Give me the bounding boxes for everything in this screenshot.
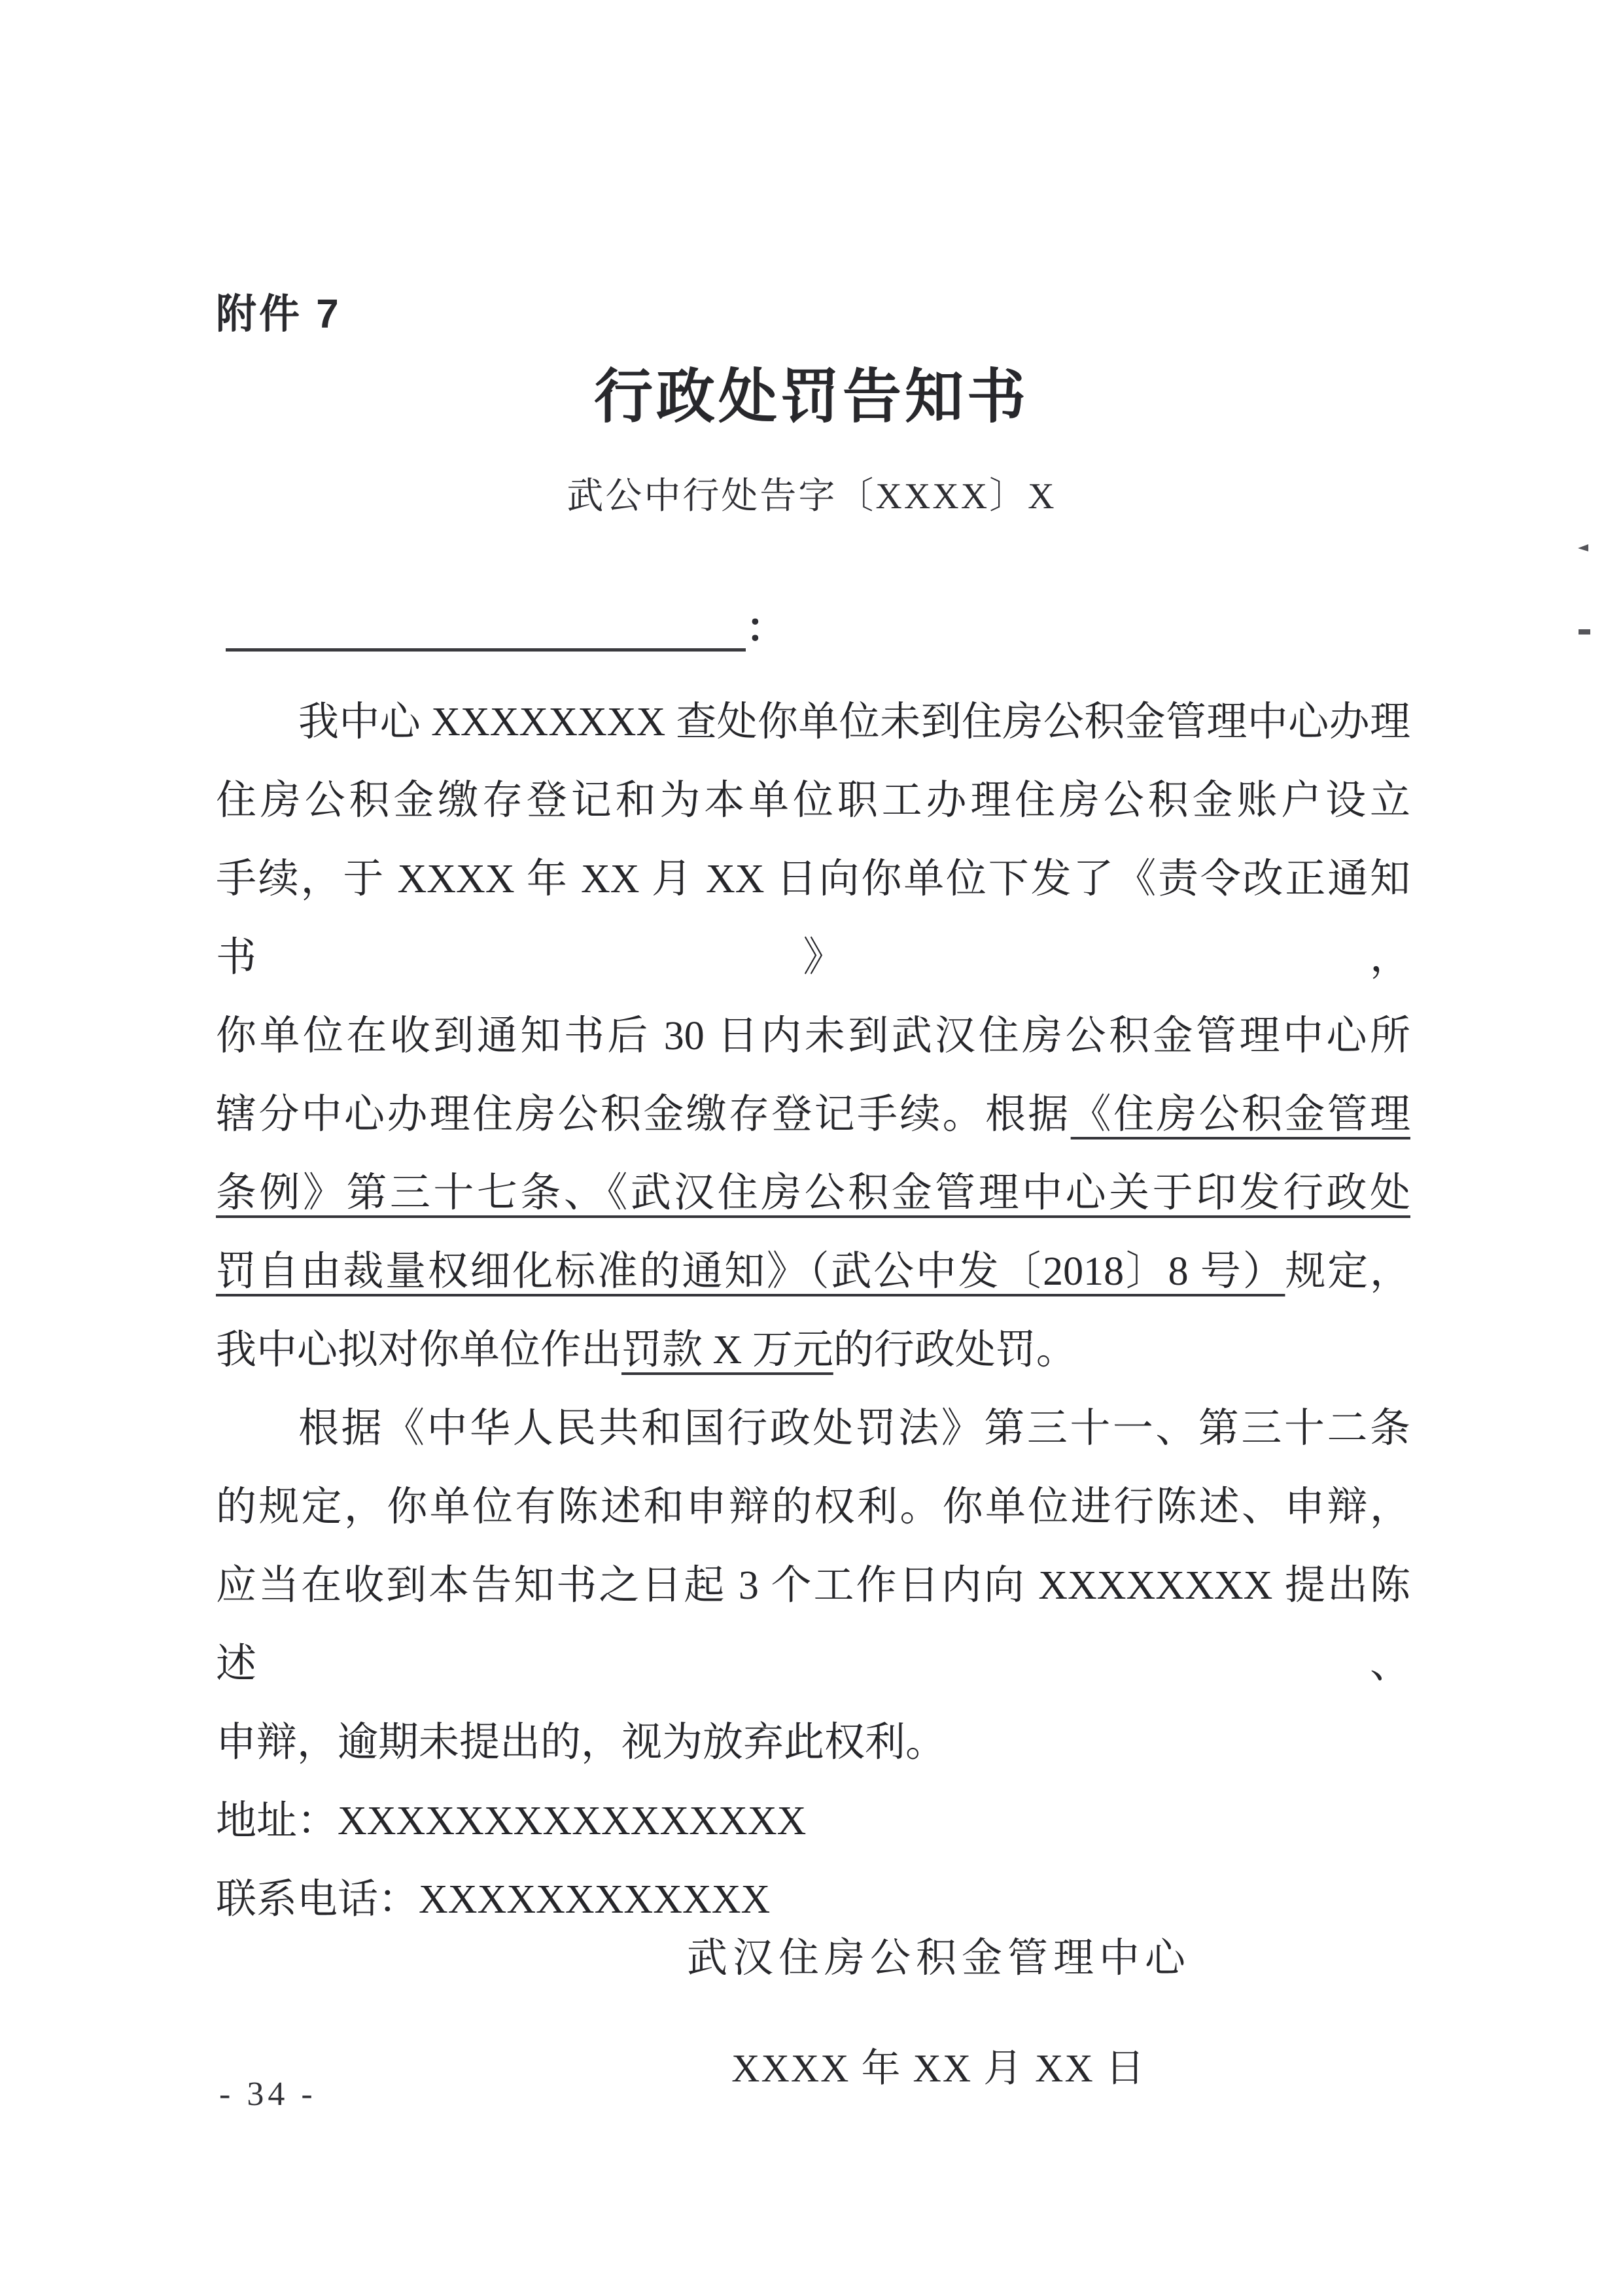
text-segment: 申辩，逾期未提出的，视为放弃此权利。 xyxy=(216,1720,946,1765)
body-line: 申辩，逾期未提出的，视为放弃此权利。 xyxy=(216,1703,1410,1782)
text-segment: 地址：XXXXXXXXXXXXXXXX xyxy=(216,1799,806,1843)
body-line: 手续，于 XXXX 年 XX 月 XX 日向你单位下发了《责令改正通知书》， xyxy=(216,840,1410,997)
underlined-text: 罚款 X 万元 xyxy=(621,1328,833,1372)
issue-date: XXXX 年 XX 月 XX 日 xyxy=(644,2037,1233,2093)
scan-artifact-icon xyxy=(1578,544,1588,551)
body-text: 我中心 XXXXXXXX 查处你单位未到住房公积金管理中心办理住房公积金缴存登记… xyxy=(216,683,1410,1939)
page-number: - 34 - xyxy=(219,2075,317,2113)
body-line: 住房公积金缴存登记和为本单位职工办理住房公积金账户设立 xyxy=(216,761,1410,840)
text-segment: 辖分中心办理住房公积金缴存登记手续。根据 xyxy=(216,1092,1071,1137)
text-segment: 的行政处罚。 xyxy=(833,1328,1077,1372)
body-line: 条例》第三十七条、《武汉住房公积金管理中心关于印发行政处 xyxy=(216,1154,1410,1232)
salutation-colon: ： xyxy=(746,606,786,652)
body-line: 你单位在收到通知书后 30 日内未到武汉住房公积金管理中心所 xyxy=(216,997,1410,1075)
salutation-line: ： xyxy=(226,606,786,652)
text-segment: 的规定，你单位有陈述和申辩的权利。你单位进行陈述、申辩， xyxy=(216,1485,1410,1529)
text-segment: 规定， xyxy=(1285,1249,1410,1294)
signature-block: 武汉住房公积金管理中心 XXXX 年 XX 月 XX 日 xyxy=(644,1925,1233,2093)
body-line: 根据《中华人民共和国行政处罚法》第三十一、第三十二条 xyxy=(216,1389,1410,1468)
underlined-text: 《住房公积金管理 xyxy=(1071,1092,1410,1137)
body-line: 的规定，你单位有陈述和申辩的权利。你单位进行陈述、申辩， xyxy=(216,1468,1410,1546)
text-segment: 你单位在收到通知书后 30 日内未到武汉住房公积金管理中心所 xyxy=(216,1014,1410,1058)
text-segment: 住房公积金缴存登记和为本单位职工办理住房公积金账户设立 xyxy=(216,778,1410,823)
underlined-text: 条例》第三十七条、《武汉住房公积金管理中心关于印发行政处 xyxy=(216,1171,1410,1215)
text-segment: 我中心拟对你单位作出 xyxy=(216,1328,621,1372)
recipient-blank-underline xyxy=(226,608,746,652)
text-segment: 手续，于 XXXX 年 XX 月 XX 日向你单位下发了《责令改正通知书》， xyxy=(216,857,1410,980)
body-line: 我中心 XXXXXXXX 查处你单位未到住房公积金管理中心办理 xyxy=(216,683,1410,761)
document-title: 行政处罚告知书 xyxy=(0,349,1623,434)
document-page: 附件 7 行政处罚告知书 武公中行处告字〔XXXX〕X ： 我中心 XXXXXX… xyxy=(0,0,1623,2296)
text-segment: 联系电话：XXXXXXXXXXXX xyxy=(216,1877,770,1922)
text-segment: 应当在收到本告知书之日起 3 个工作日内向 XXXXXXXX 提出陈述、 xyxy=(216,1563,1410,1686)
attachment-label: 附件 7 xyxy=(216,281,341,339)
issuing-organization: 武汉住房公积金管理中心 xyxy=(644,1925,1233,1983)
body-line: 辖分中心办理住房公积金缴存登记手续。根据《住房公积金管理 xyxy=(216,1075,1410,1154)
body-line: 地址：XXXXXXXXXXXXXXXX xyxy=(216,1782,1410,1860)
document-number: 武公中行处告字〔XXXX〕X xyxy=(0,467,1623,519)
body-line: 我中心拟对你单位作出罚款 X 万元的行政处罚。 xyxy=(216,1311,1410,1389)
body-line: 应当在收到本告知书之日起 3 个工作日内向 XXXXXXXX 提出陈述、 xyxy=(216,1546,1410,1703)
underlined-text: 罚自由裁量权细化标准的通知》（武公中发〔2018〕8 号） xyxy=(216,1249,1285,1294)
text-segment: 根据《中华人民共和国行政处罚法》第三十一、第三十二条 xyxy=(298,1406,1410,1451)
scan-artifact-icon xyxy=(1579,629,1590,635)
text-segment: 我中心 XXXXXXXX 查处你单位未到住房公积金管理中心办理 xyxy=(298,700,1410,744)
body-line: 罚自由裁量权细化标准的通知》（武公中发〔2018〕8 号）规定， xyxy=(216,1232,1410,1311)
